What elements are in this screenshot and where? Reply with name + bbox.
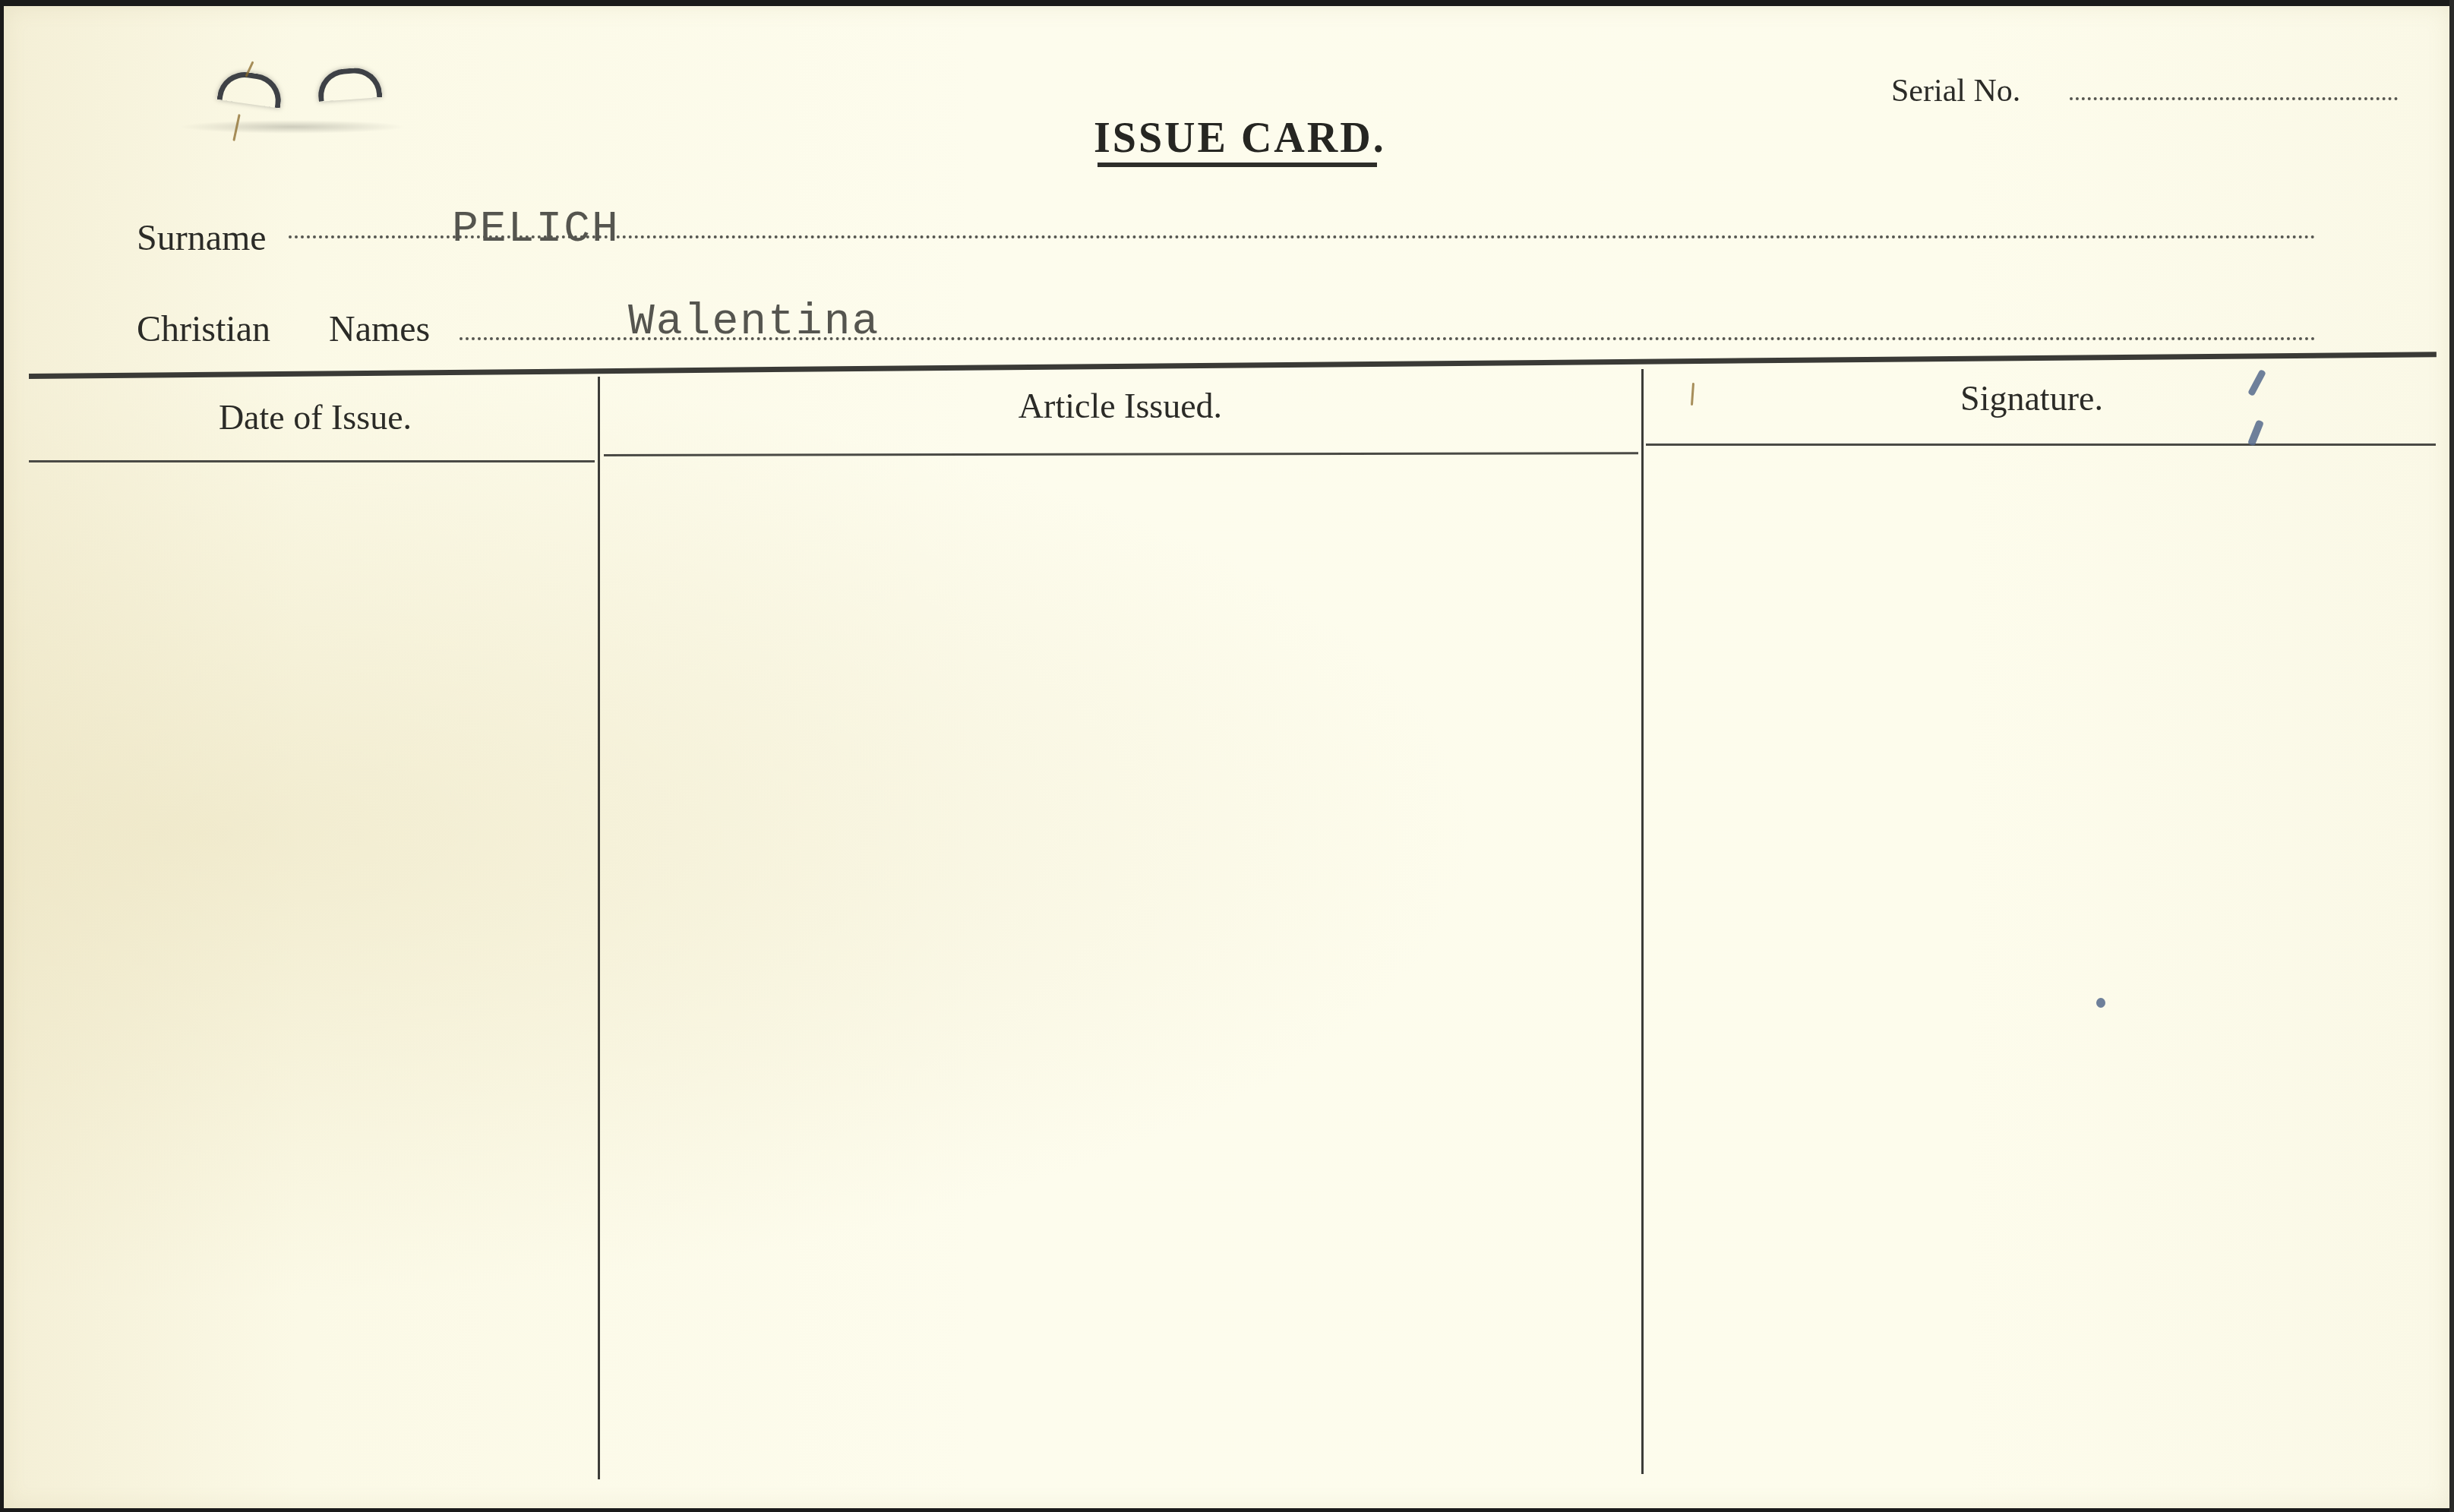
column-divider-1: [598, 377, 600, 1479]
card-title: ISSUE CARD.: [1094, 114, 1386, 163]
column-header-rule-signature: [1646, 443, 2436, 446]
staple-smudge: [178, 120, 406, 134]
surname-label: Surname: [137, 217, 267, 259]
staple-icon: [317, 66, 383, 102]
serial-number-label: Serial No.: [1891, 73, 2020, 109]
signature-column-body[interactable]: [1646, 449, 2436, 1474]
column-header-rule-article: [604, 452, 1638, 456]
surname-value: PELICH: [452, 205, 620, 254]
column-header-rule-date: [29, 460, 595, 462]
pencil-check-mark-icon: [2247, 419, 2264, 446]
column-header-date-of-issue: Date of Issue.: [110, 397, 520, 437]
christian-names-label-part2: Names: [329, 308, 430, 350]
column-header-signature: Signature.: [1849, 378, 2214, 418]
christian-names-label-part1: Christian: [137, 308, 270, 350]
column-divider-2: [1641, 369, 1644, 1474]
issue-card: ISSUE CARD. Serial No. Surname PELICH Ch…: [4, 6, 2449, 1508]
pencil-check-mark-icon: [2247, 369, 2266, 396]
article-issued-column-body[interactable]: [602, 459, 1640, 1473]
card-right-edge: [2449, 0, 2454, 1512]
date-of-issue-column-body[interactable]: [31, 466, 596, 1476]
column-header-article-issued: Article Issued.: [953, 386, 1287, 426]
serial-number-field[interactable]: [2070, 97, 2398, 100]
paper-fiber: [1691, 383, 1694, 406]
pencil-dot-mark: [2096, 998, 2105, 1008]
title-underline: [1098, 163, 1377, 167]
christian-names-value: Walentina: [628, 298, 880, 347]
staple-icon: [217, 68, 285, 108]
header-divider-rule: [29, 352, 2437, 379]
